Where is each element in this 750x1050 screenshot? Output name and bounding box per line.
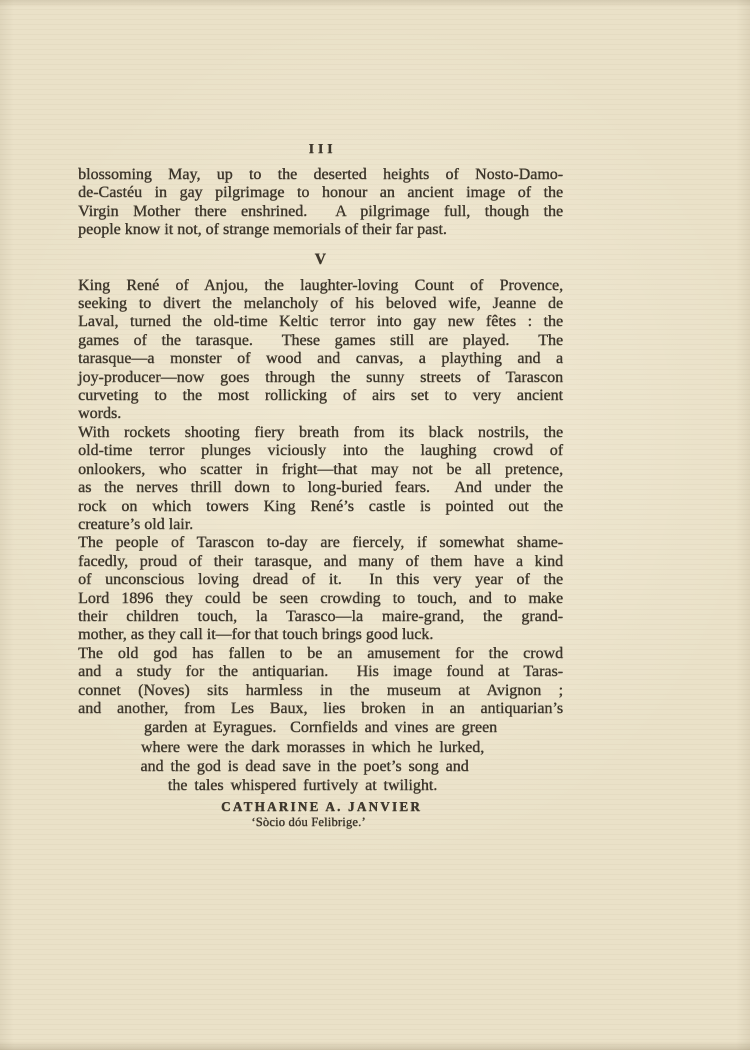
text-line: their children touch, la Tarasco—la mair… — [78, 608, 563, 626]
paragraph: With rockets shooting fiery breath from … — [78, 424, 563, 534]
text-line: and another, from Les Baux, lies broken … — [78, 700, 563, 718]
text-line: words. — [78, 405, 563, 423]
text-line: de-Castéu in gay pilgrimage to honour an… — [78, 184, 563, 202]
text-line: games of the tarasque. These games still… — [78, 332, 563, 350]
text-line: where were the dark morasses in which he… — [70, 738, 555, 757]
book-page-scan: III blossoming May, up to the deserted h… — [0, 0, 750, 1050]
text-line: curveting to the most rollicking of airs… — [78, 387, 563, 405]
text-line: of unconscious loving dread of it. In th… — [78, 571, 563, 589]
text-line: rock on which towers King René’s castle … — [78, 498, 563, 516]
text-line: facedly, proud of their tarasque, and ma… — [78, 553, 563, 571]
paragraph: The people of Tarascon to-day are fierce… — [78, 534, 563, 644]
text-line: Virgin Mother there enshrined. A pilgrim… — [78, 203, 563, 221]
paragraph: The old god has fallen to be an amusemen… — [78, 645, 563, 795]
text-line: people know it not, of strange memorials… — [78, 221, 563, 239]
section-heading: V — [78, 251, 563, 269]
text-line: connet (Noves) sits harmless in the muse… — [78, 682, 563, 700]
text-line: tarasque—a monster of wood and canvas, a… — [78, 350, 563, 368]
text-line: as the nerves thrill down to long-buried… — [78, 479, 563, 497]
signature-note: ‘Sòcio dóu Felibrige.’ — [66, 815, 551, 830]
author-signature: CATHARINE A. JANVIER — [78, 798, 563, 815]
text-line: seeking to divert the melancholy of his … — [78, 295, 563, 313]
paragraph: blossoming May, up to the deserted heigh… — [78, 166, 563, 240]
text-line: The people of Tarascon to-day are fierce… — [78, 534, 563, 552]
text-line: the tales whispered furtively at twiligh… — [60, 776, 545, 795]
text-line: blossoming May, up to the deserted heigh… — [78, 166, 563, 184]
text-line: and a study for the antiquarian. His ima… — [78, 663, 563, 681]
text-line: garden at Eyragues. Cornfields and vines… — [78, 718, 563, 737]
intro-paragraph-container: blossoming May, up to the deserted heigh… — [78, 166, 563, 240]
text-line: creature’s old lair. — [78, 516, 563, 534]
text-line: mother, as they call it—for that touch b… — [78, 626, 563, 644]
text-line: and the god is dead save in the poet’s s… — [62, 757, 547, 776]
text-line: onlookers, who scatter in fright—that ma… — [78, 461, 563, 479]
text-line: The old god has fallen to be an amusemen… — [78, 645, 563, 663]
text-line: With rockets shooting fiery breath from … — [78, 424, 563, 442]
page-number: III — [78, 140, 563, 158]
text-line: joy-producer—now goes through the sunny … — [78, 369, 563, 387]
text-line: Laval, turned the old-time Keltic terror… — [78, 313, 563, 331]
text-line: Lord 1896 they could be seen crowding to… — [78, 590, 563, 608]
paragraph: King René of Anjou, the laughter-loving … — [78, 277, 563, 424]
text-line: King René of Anjou, the laughter-loving … — [78, 277, 563, 295]
section-paragraphs: King René of Anjou, the laughter-loving … — [78, 277, 563, 796]
text-column: III blossoming May, up to the deserted h… — [78, 140, 563, 830]
text-line: old-time terror plunges viciously into t… — [78, 442, 563, 460]
